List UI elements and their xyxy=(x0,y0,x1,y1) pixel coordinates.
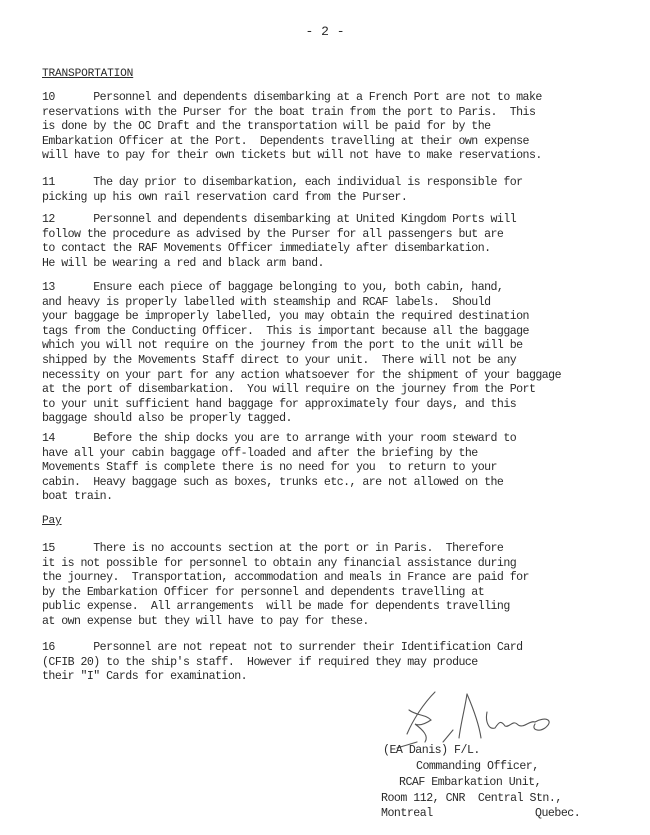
page-number: - 2 - xyxy=(0,24,650,39)
signatory-city: Montreal xyxy=(381,807,433,822)
paragraph-14: 14 Before the ship docks you are to arra… xyxy=(42,432,642,505)
paragraph-16: 16 Personnel are not repeat not to surre… xyxy=(42,641,642,685)
handwritten-signature xyxy=(395,690,585,750)
section-heading-pay: Pay xyxy=(42,515,62,527)
paragraph-13: 13 Ensure each piece of baggage belongin… xyxy=(42,281,642,427)
signatory-address: Room 112, CNR Central Stn., xyxy=(381,792,562,807)
signatory-name: (EA Danis) F/L. xyxy=(383,744,480,759)
signatory-unit: RCAF Embarkation Unit, xyxy=(399,776,541,791)
signatory-title: Commanding Officer, xyxy=(416,760,539,775)
signatory-province: Quebec. xyxy=(535,807,580,822)
paragraph-10: 10 Personnel and dependents disembarking… xyxy=(42,91,642,164)
paragraph-15: 15 There is no accounts section at the p… xyxy=(42,542,642,630)
paragraph-12: 12 Personnel and dependents disembarking… xyxy=(42,213,642,271)
paragraph-11: 11 The day prior to disembarkation, each… xyxy=(42,176,642,205)
section-heading-transportation: TRANSPORTATION xyxy=(42,68,133,80)
